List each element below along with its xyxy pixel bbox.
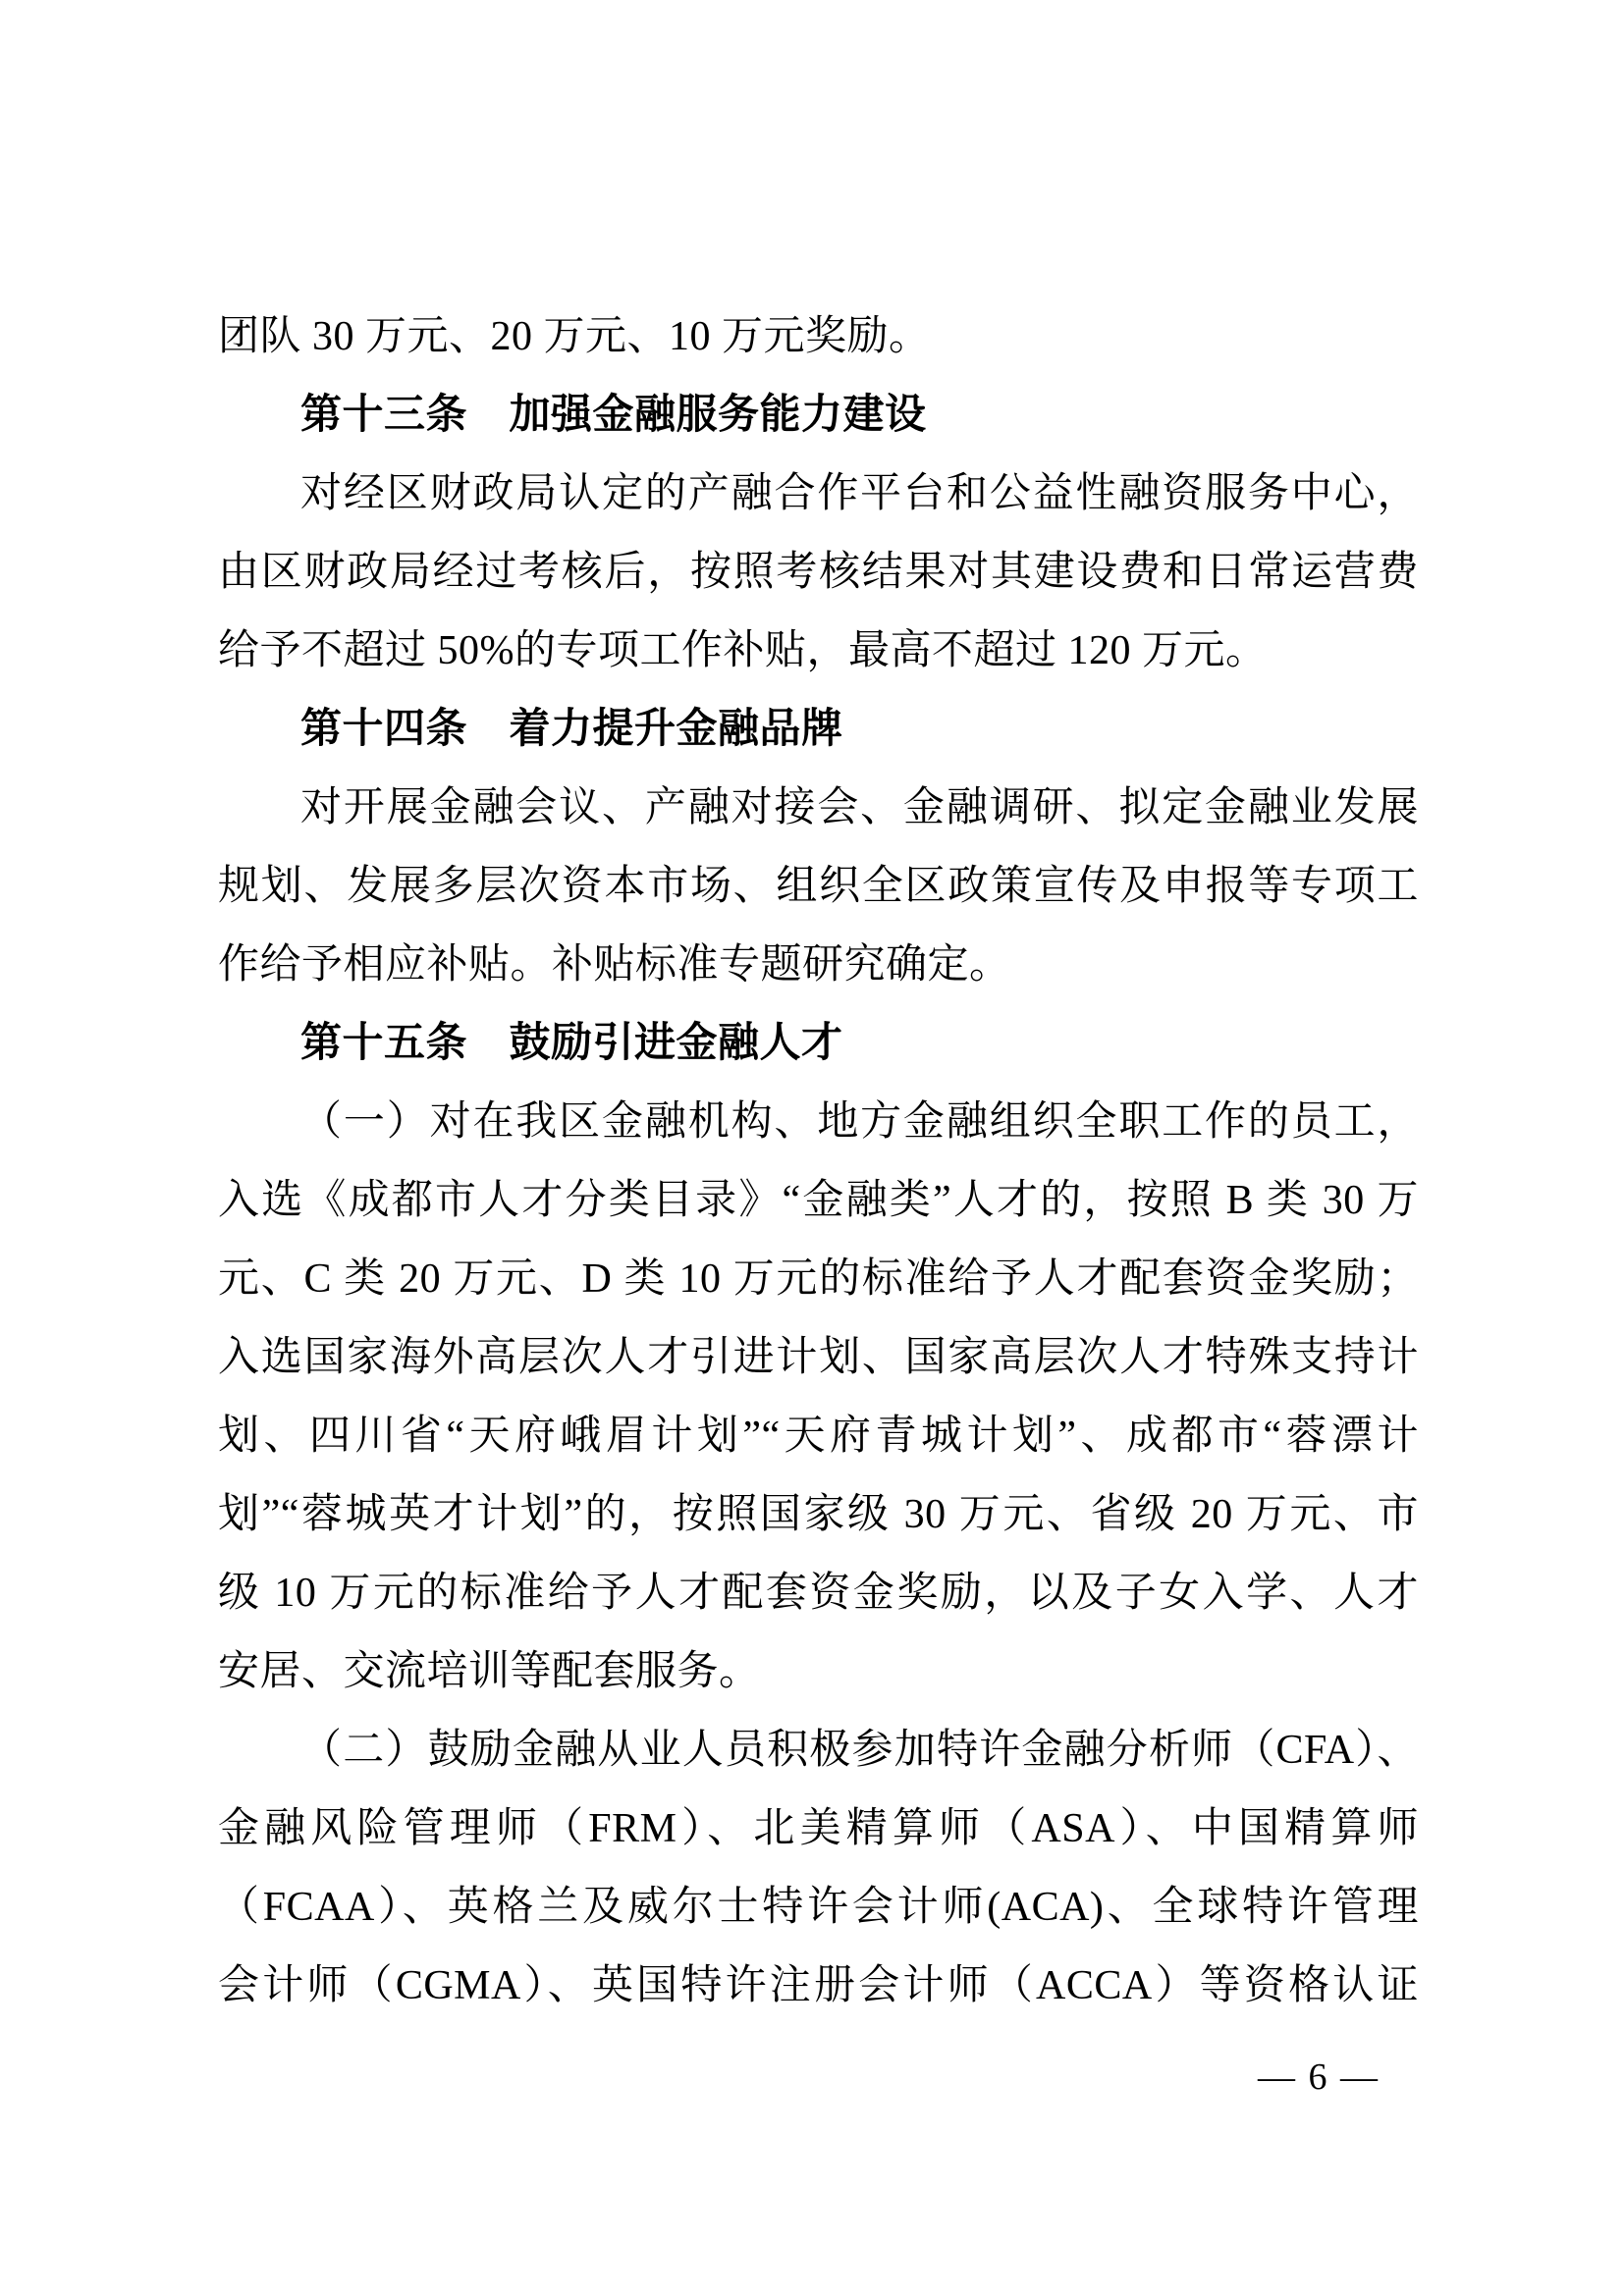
item-1-line: 入选《成都市人才分类目录》“金融类”人才的，按照 B 类 30 万 (218, 1161, 1419, 1240)
document-text-block: 团队 30 万元、20 万元、10 万元奖励。 第十三条 加强金融服务能力建设 … (218, 297, 1419, 2025)
page-number: — 6 — (1258, 2054, 1380, 2101)
item-1-line: 划”“蓉城英才计划”的，按照国家级 30 万元、省级 20 万元、市 (218, 1475, 1419, 1554)
paragraph-line: 由区财政局经过考核后，按照考核结果对其建设费和日常运营费 (218, 533, 1419, 612)
item-1-line: （一）对在我区金融机构、地方金融组织全职工作的员工， (218, 1083, 1419, 1161)
item-2-line: （FCAA）、英格兰及威尔士特许会计师(ACA)、全球特许管理 (218, 1868, 1419, 1947)
item-1-line: 元、C 类 20 万元、D 类 10 万元的标准给予人才配套资金奖励； (218, 1240, 1419, 1318)
heading-article-13: 第十三条 加强金融服务能力建设 (218, 376, 1419, 454)
text-line-continuation: 团队 30 万元、20 万元、10 万元奖励。 (218, 297, 1419, 376)
item-1-line: 划、四川省“天府峨眉计划”“天府青城计划”、成都市“蓉漂计 (218, 1397, 1419, 1475)
item-1-line: 入选国家海外高层次人才引进计划、国家高层次人才特殊支持计 (218, 1318, 1419, 1397)
paragraph-line: 对经区财政局认定的产融合作平台和公益性融资服务中心， (218, 454, 1419, 533)
paragraph-line: 作给予相应补贴。补贴标准专题研究确定。 (218, 926, 1419, 1004)
paragraph-line: 规划、发展多层次资本市场、组织全区政策宣传及申报等专项工 (218, 847, 1419, 926)
paragraph-line: 给予不超过 50%的专项工作补贴，最高不超过 120 万元。 (218, 612, 1419, 690)
heading-article-14: 第十四条 着力提升金融品牌 (218, 690, 1419, 769)
heading-article-15: 第十五条 鼓励引进金融人才 (218, 1004, 1419, 1083)
item-2-line: 会计师（CGMA）、英国特许注册会计师（ACCA）等资格认证 (218, 1947, 1419, 2025)
document-page: 团队 30 万元、20 万元、10 万元奖励。 第十三条 加强金融服务能力建设 … (0, 0, 1624, 2296)
item-2-line: 金融风险管理师（FRM）、北美精算师（ASA）、中国精算师 (218, 1789, 1419, 1868)
item-1-line: 安居、交流培训等配套服务。 (218, 1632, 1419, 1711)
item-1-line: 级 10 万元的标准给予人才配套资金奖励，以及子女入学、人才 (218, 1554, 1419, 1632)
item-2-line: （二）鼓励金融从业人员积极参加特许金融分析师（CFA）、 (218, 1711, 1419, 1789)
paragraph-line: 对开展金融会议、产融对接会、金融调研、拟定金融业发展 (218, 769, 1419, 847)
